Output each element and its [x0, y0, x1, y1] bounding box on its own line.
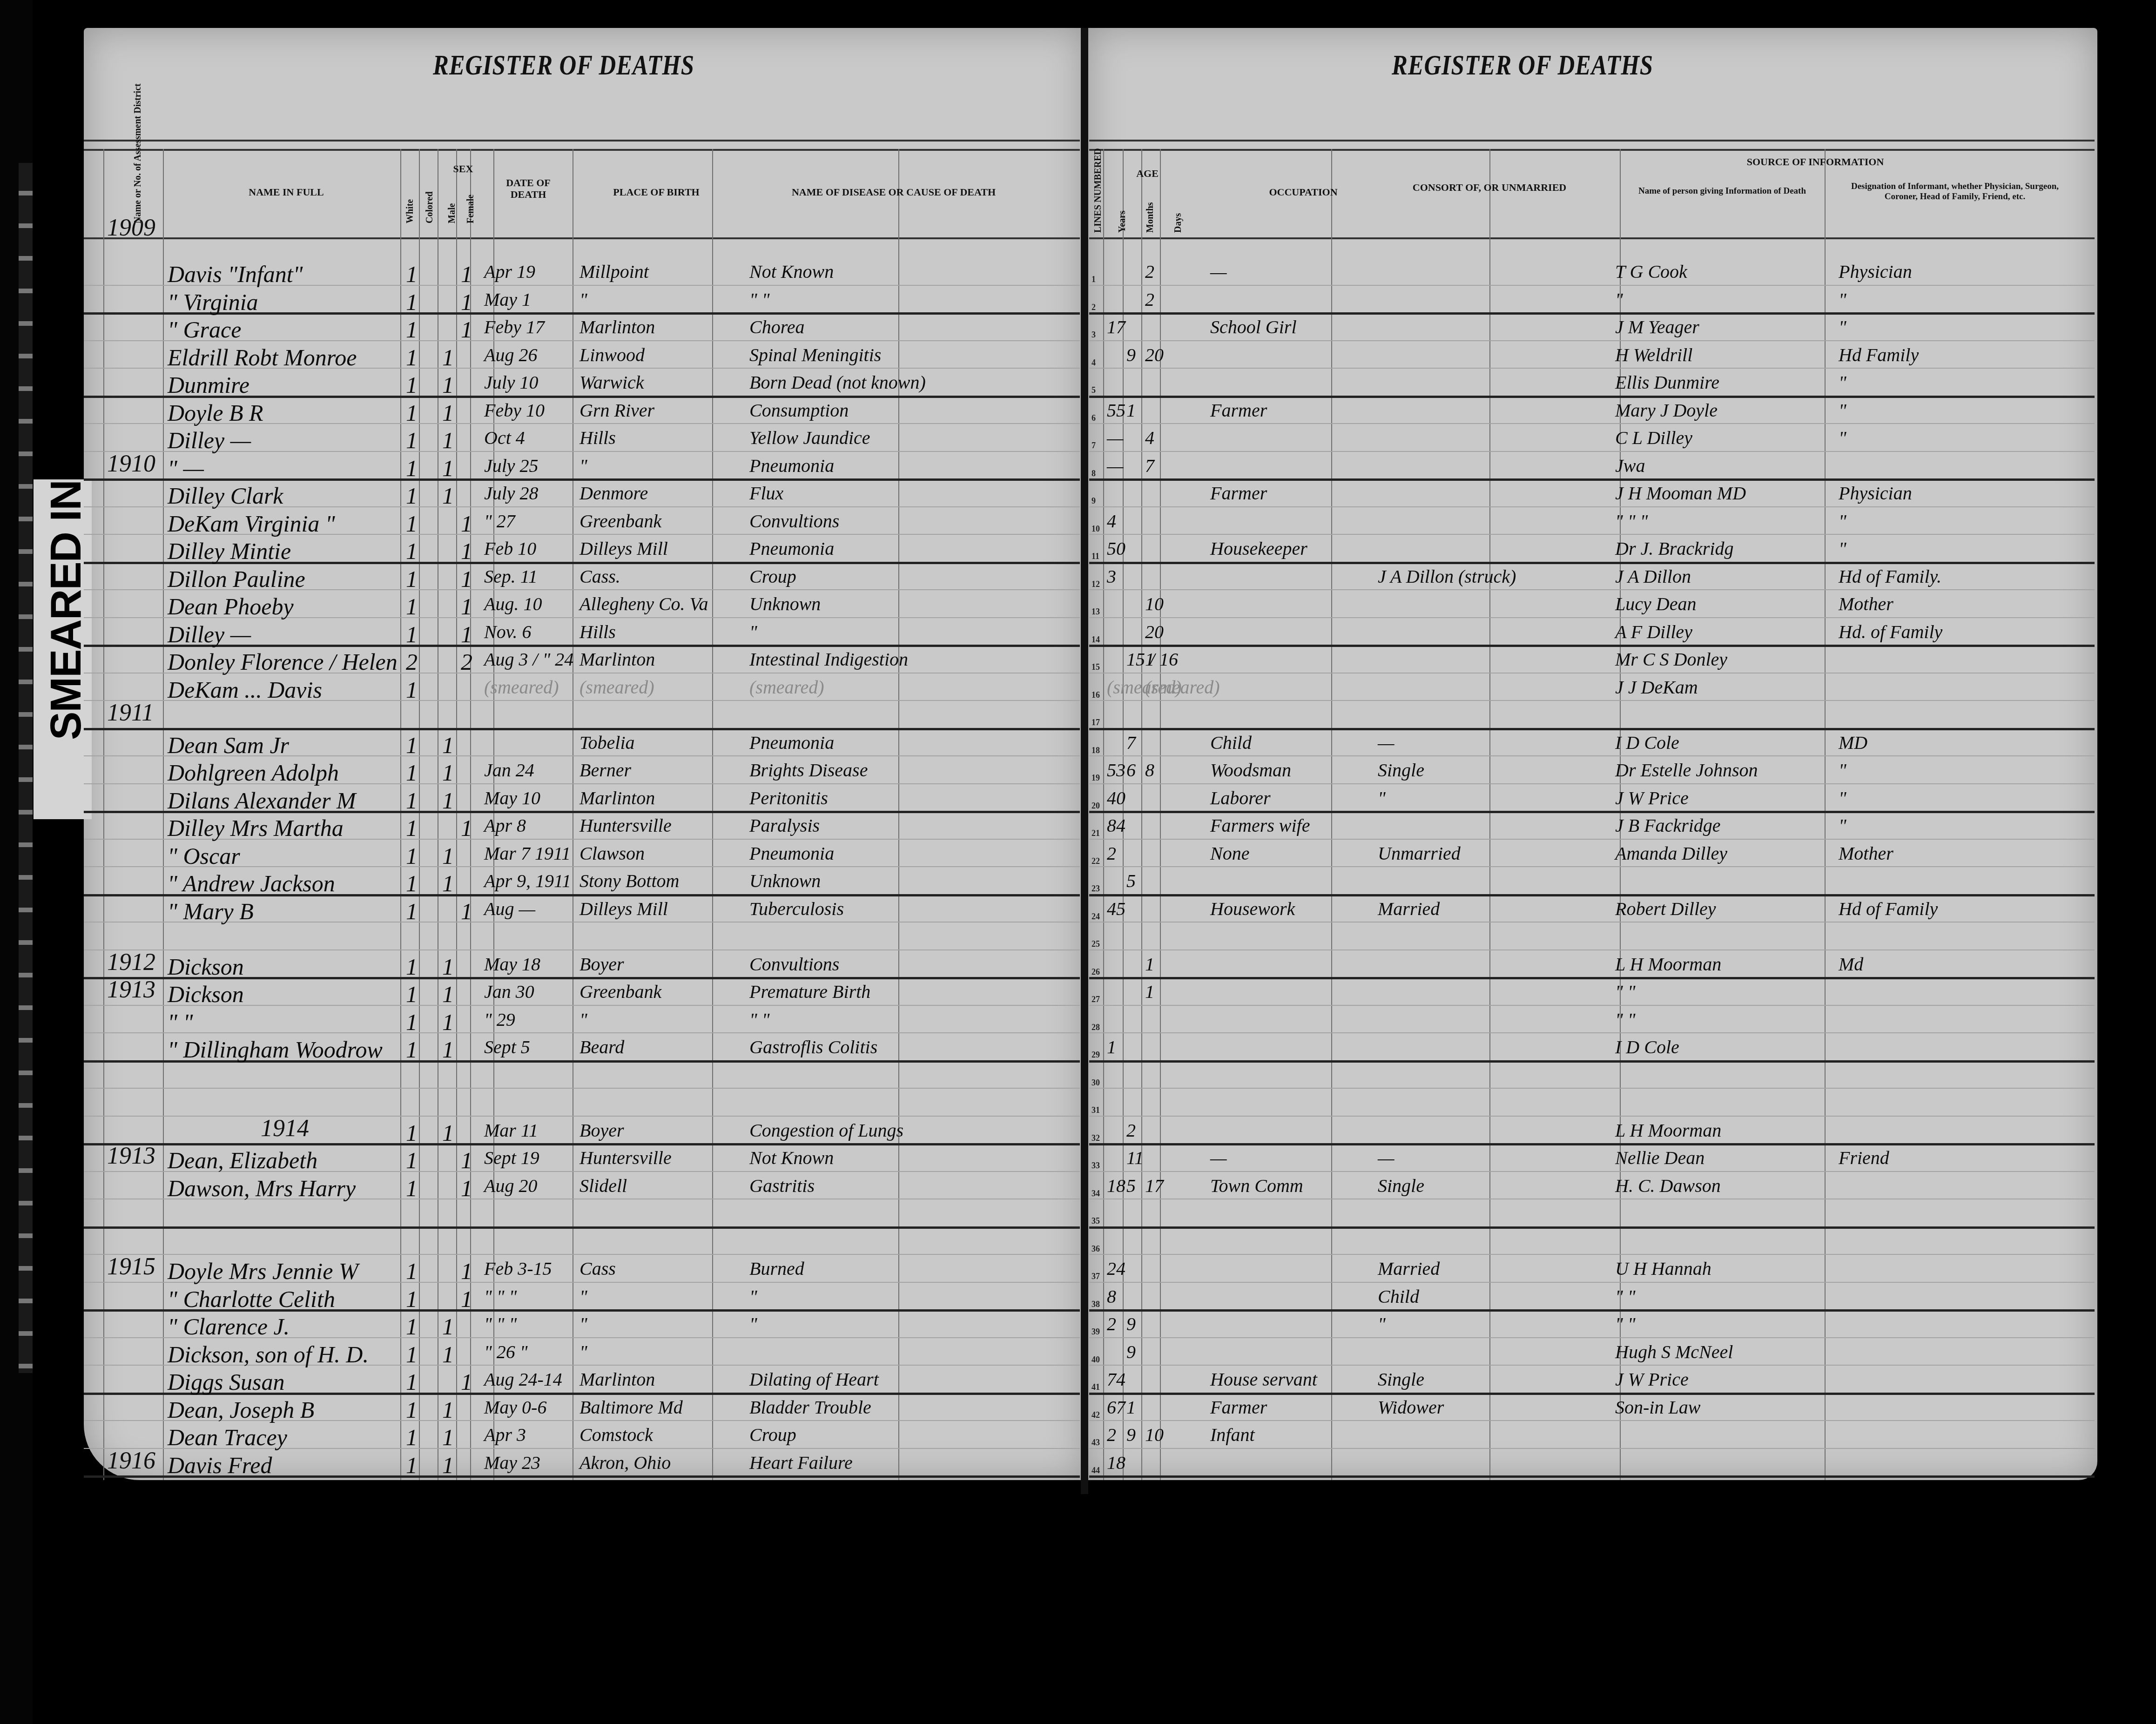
entry-name: " Andrew Jackson [168, 872, 335, 895]
ruled-line [84, 1088, 1080, 1089]
line-number: 18 [1091, 746, 1100, 755]
entry-cause: Convultions [749, 955, 839, 974]
entry-informant: I D Cole [1615, 734, 1679, 752]
header-consort: CONSORT OF, OR UNMARRIED [1410, 182, 1569, 193]
ruled-line [1089, 285, 2095, 286]
entry-male: 1 [442, 373, 454, 397]
entry-occupation: Farmer [1210, 1398, 1267, 1417]
line-number: 20 [1091, 801, 1100, 811]
entry-white: 1 [406, 734, 418, 757]
header-source: SOURCE OF INFORMATION [1699, 156, 1932, 168]
entry-cause: Pneumonia [749, 844, 834, 863]
entry-date: Mar 11 [484, 1121, 538, 1140]
line-number: 23 [1091, 884, 1100, 894]
entry-date: Jan 24 [484, 761, 534, 780]
entry-age-days: 1 [1145, 983, 1154, 1001]
book-gutter [1081, 28, 1088, 1494]
entry-birthplace: Marlinton [579, 1370, 655, 1389]
entry-date: " " " [484, 1287, 517, 1306]
entry-cause: (smeared) [749, 678, 824, 697]
entry-white: 1 [406, 567, 418, 591]
entry-female: 1 [461, 595, 472, 618]
ruled-line [1089, 1365, 2095, 1366]
entry-white: 1 [406, 1287, 418, 1311]
entry-age-years: 84 [1107, 816, 1125, 835]
entry-birthplace: Huntersville [579, 816, 672, 835]
column-divider [1489, 149, 1490, 1480]
entry-occupation: Farmer [1210, 484, 1267, 503]
entry-consort: Widower [1378, 1398, 1444, 1417]
header-rule-top-2 [84, 149, 1080, 151]
header-female: Female [465, 195, 476, 223]
entry-cause: Convultions [749, 512, 839, 531]
ruled-line [1089, 368, 2095, 369]
entry-cause: Pneumonia [749, 539, 834, 558]
entry-informant: Hugh S McNeel [1615, 1343, 1733, 1361]
entry-cause: Consumption [749, 401, 849, 420]
line-number: 30 [1091, 1078, 1100, 1088]
entry-birthplace: Comstock [579, 1426, 653, 1444]
ruled-line [84, 1254, 1080, 1255]
column-divider [456, 149, 457, 1480]
entry-date: July 28 [484, 484, 539, 503]
entry-name: Dilley Mrs Martha [168, 816, 344, 840]
entry-designation: " [1839, 816, 1846, 835]
entry-female: 1 [461, 1149, 472, 1172]
header-rule-top-2 [1089, 149, 2095, 151]
ruled-line [1089, 894, 2095, 896]
entry-age-years: 8 [1107, 1287, 1116, 1306]
entry-male: 1 [442, 761, 454, 784]
line-number: 19 [1091, 773, 1100, 783]
ruled-line [1089, 312, 2095, 315]
entry-date: May 1 [484, 290, 531, 309]
entry-cause: Gastritis [749, 1177, 815, 1195]
entry-age-days: 1 [1145, 955, 1154, 974]
ruled-line [1089, 1005, 2095, 1006]
ruled-line [1089, 1309, 2095, 1312]
entry-occupation: Infant [1210, 1426, 1255, 1444]
entry-cause: Chorea [749, 318, 805, 337]
entry-birthplace: Millpoint [579, 263, 649, 281]
entry-white: 1 [406, 1149, 418, 1172]
entry-date: May 10 [484, 789, 540, 808]
entry-female: 1 [461, 318, 472, 341]
line-number: 17 [1091, 718, 1100, 727]
entry-age-years: — [1107, 429, 1124, 447]
entry-age-days: (smeared) [1145, 678, 1220, 697]
line-number: 14 [1091, 635, 1100, 645]
entry-consort: Single [1378, 1370, 1424, 1389]
entry-informant: Son-in Law [1615, 1398, 1700, 1417]
entry-name: Dohlgreen Adolph [168, 761, 339, 784]
entry-age-years: 18 [1107, 1177, 1125, 1195]
right-page [1087, 28, 2097, 1480]
entry-informant: Jwa [1615, 457, 1645, 475]
entry-name: " " [168, 1010, 193, 1034]
entry-occupation: Farmers wife [1210, 816, 1310, 835]
entry-name: Doyle B R [168, 401, 263, 424]
entry-occupation: School Girl [1210, 318, 1297, 337]
entry-consort: Single [1378, 1177, 1424, 1195]
line-number: 9 [1091, 496, 1096, 506]
entry-name: Dean, Elizabeth [168, 1149, 317, 1172]
year-marker: 1910 [107, 450, 155, 478]
column-divider [1103, 149, 1104, 1480]
entry-female: 1 [461, 1370, 472, 1394]
entry-cause: " [749, 623, 757, 641]
entry-name: Dean Phoeby [168, 595, 294, 618]
entry-designation: " [1839, 512, 1846, 531]
entry-female: 1 [461, 623, 472, 646]
entry-white: 1 [406, 623, 418, 646]
entry-designation: Physician [1839, 484, 1912, 503]
entry-informant: U H Hannah [1615, 1259, 1711, 1278]
entry-cause: Paralysis [749, 816, 820, 835]
entry-age-years: 2 [1107, 1315, 1116, 1333]
entry-birthplace: " [579, 1287, 587, 1306]
header-cause: NAME OF DISEASE OR CAUSE OF DEATH [754, 186, 1033, 198]
entry-male: 1 [442, 1038, 454, 1061]
entry-age-months: 11 [1126, 1149, 1144, 1167]
entry-date: May 23 [484, 1454, 540, 1472]
entry-cause: Tuberculosis [749, 900, 844, 918]
left-page-title: REGISTER OF DEATHS [433, 49, 694, 82]
entry-name: Doyle Mrs Jennie W [168, 1259, 358, 1283]
entry-occupation: Housework [1210, 900, 1295, 918]
entry-occupation: Child [1210, 734, 1252, 752]
entry-consort: — [1378, 734, 1395, 752]
entry-birthplace: Marlinton [579, 650, 655, 669]
entry-designation: Mother [1839, 595, 1893, 613]
entry-name: DeKam Virginia " [168, 512, 335, 535]
entry-age-months: 9 [1126, 1315, 1136, 1333]
ruled-line [84, 1032, 1080, 1033]
entry-name: DeKam ... Davis [168, 678, 322, 701]
entry-birthplace: Tobelia [579, 734, 635, 752]
line-number: 27 [1091, 995, 1100, 1004]
line-number: 41 [1091, 1382, 1100, 1392]
entry-name: Dunmire [168, 373, 249, 397]
line-number: 21 [1091, 828, 1100, 838]
entry-name: Dean, Joseph B [168, 1398, 314, 1421]
entry-age-years: 45 [1107, 900, 1125, 918]
line-number: 42 [1091, 1410, 1100, 1420]
year-marker: 1912 [107, 949, 155, 976]
entry-age-years: 17 [1107, 318, 1125, 337]
entry-white: 1 [406, 1343, 418, 1366]
header-rule-top [1089, 140, 2095, 141]
entry-female: 1 [461, 512, 472, 535]
entry-informant: " " " [1615, 512, 1648, 531]
year-marker: 1913 [107, 976, 155, 1003]
entry-age-months: 1 [1126, 1398, 1136, 1417]
entry-cause: Brights Disease [749, 761, 868, 780]
header-months: Months [1145, 202, 1156, 233]
ruled-line [1089, 1337, 2095, 1338]
entry-white: 1 [406, 816, 418, 840]
entry-name: Davis "Infant" [168, 263, 303, 286]
entry-informant: " " [1615, 983, 1636, 1001]
header-rule-top [84, 140, 1080, 141]
entry-cause: " [749, 1315, 757, 1333]
ruled-line [84, 1226, 1080, 1229]
entry-birthplace: Clawson [579, 844, 645, 863]
line-number: 28 [1091, 1023, 1100, 1032]
entry-age-years: 74 [1107, 1370, 1125, 1389]
entry-birthplace: Berner [579, 761, 631, 780]
entry-informant: " " [1615, 1287, 1636, 1306]
entry-age-years: 24 [1107, 1259, 1125, 1278]
entry-consort: Married [1378, 900, 1440, 918]
entry-male: 1 [442, 401, 454, 424]
entry-date: Oct 4 [484, 429, 525, 447]
entry-informant: " " [1615, 1315, 1636, 1333]
smeared-ink-label: SMEARED INK [42, 451, 91, 740]
entry-age-days: 20 [1145, 623, 1164, 641]
entry-age-years: 4 [1107, 512, 1116, 531]
entry-birthplace: Greenbank [579, 512, 661, 531]
entry-birthplace: (smeared) [579, 678, 654, 697]
entry-age-days: 10 [1145, 1426, 1164, 1444]
entry-date: " 29 [484, 1010, 515, 1029]
ruled-line [1089, 1475, 2095, 1478]
ruled-line [1089, 451, 2095, 452]
entry-cause: Not Known [749, 1149, 834, 1167]
entry-date: Sept 19 [484, 1149, 539, 1167]
column-divider [573, 149, 573, 1480]
ruled-line [1089, 617, 2095, 618]
entry-birthplace: Beard [579, 1038, 624, 1057]
entry-cause: Gastroflis Colitis [749, 1038, 877, 1057]
entry-name: Dickson [168, 955, 244, 978]
entry-date: July 25 [484, 457, 539, 475]
entry-date: Apr 9, 1911 [484, 872, 571, 890]
entry-white: 1 [406, 1426, 418, 1449]
ruled-line [1089, 396, 2095, 398]
entry-informant: Lucy Dean [1615, 595, 1696, 613]
entry-male: 1 [442, 955, 454, 978]
line-number: 12 [1091, 579, 1100, 589]
entry-white: 1 [406, 457, 418, 480]
entry-male: 1 [442, 1343, 454, 1366]
entry-age-months: 9 [1126, 1343, 1136, 1361]
entry-informant: A F Dilley [1615, 623, 1692, 641]
ruled-line [1089, 866, 2095, 867]
header-informant: Name of person giving Information of Dea… [1620, 186, 1825, 196]
entry-date: (smeared) [484, 678, 559, 697]
ruled-line [1089, 1282, 2095, 1283]
ruled-line [1089, 1060, 2095, 1063]
entry-name: Davis Fred [168, 1454, 272, 1477]
entry-white: 1 [406, 539, 418, 563]
entry-white: 1 [406, 318, 418, 341]
entry-designation: Mother [1839, 844, 1893, 863]
line-number: 16 [1091, 690, 1100, 700]
entry-cause: Yellow Jaundice [749, 429, 870, 447]
entry-age-months: 6 [1126, 761, 1136, 780]
ruled-line [1089, 755, 2095, 756]
entry-age-years: 40 [1107, 789, 1125, 808]
entry-birthplace: Baltimore Md [579, 1398, 683, 1417]
entry-white: 1 [406, 678, 418, 701]
entry-occupation: Laborer [1210, 789, 1271, 808]
ruled-line [84, 950, 1080, 950]
entry-age-months: 5 [1126, 872, 1136, 890]
ruled-line [84, 1143, 1080, 1145]
entry-cause: Croup [749, 567, 796, 586]
entry-name: " Charlotte Celith [168, 1287, 335, 1311]
entry-white: 1 [406, 844, 418, 868]
entry-male: 1 [442, 983, 454, 1006]
header-rule-bottom [1089, 237, 2095, 239]
entry-age-years: 55 [1107, 401, 1125, 420]
entry-birthplace: Dilleys Mill [579, 539, 668, 558]
ruled-line [84, 478, 1080, 481]
ruled-line [1089, 340, 2095, 341]
year-marker: 1914 [261, 1115, 309, 1142]
entry-white: 1 [406, 1177, 418, 1200]
ruled-line [84, 728, 1080, 730]
entry-designation: Hd of Family. [1839, 567, 1941, 586]
line-number: 15 [1091, 662, 1100, 672]
entry-designation: Md [1839, 955, 1863, 974]
line-number: 4 [1091, 358, 1096, 368]
entry-date: Aug 26 [484, 346, 537, 364]
entry-age-years: 67 [1107, 1398, 1125, 1417]
entry-white: 1 [406, 1370, 418, 1394]
entry-date: Feby 10 [484, 401, 545, 420]
entry-date: Jan 30 [484, 983, 534, 1001]
entry-female: 1 [461, 567, 472, 591]
entry-informant: J J DeKam [1615, 678, 1698, 697]
header-days: Days [1173, 213, 1184, 233]
entry-age-years: 50 [1107, 539, 1125, 558]
ruled-line [1089, 1171, 2095, 1172]
entry-cause: Pneumonia [749, 457, 834, 475]
entry-date: Sept 5 [484, 1038, 530, 1057]
entry-informant: J M Yeager [1615, 318, 1699, 337]
line-number: 32 [1091, 1133, 1100, 1143]
entry-white: 1 [406, 429, 418, 452]
header-occupation: OCCUPATION [1247, 186, 1359, 198]
entry-cause: Premature Birth [749, 983, 870, 1001]
entry-name: Dean Sam Jr [168, 734, 289, 757]
header-years: Years [1117, 210, 1128, 233]
ruled-line [1089, 478, 2095, 481]
line-number: 11 [1091, 552, 1099, 561]
ruled-line [1089, 1199, 2095, 1199]
entry-designation: " [1839, 789, 1846, 808]
entry-birthplace: Denmore [579, 484, 648, 503]
entry-occupation: Woodsman [1210, 761, 1291, 780]
entry-age-years: 18 [1107, 1454, 1125, 1472]
entry-date: Aug. 10 [484, 595, 542, 613]
entry-birthplace: Boyer [579, 955, 624, 974]
entry-designation: MD [1839, 734, 1867, 752]
entry-occupation: None [1210, 844, 1249, 863]
entry-birthplace: " [579, 1010, 587, 1029]
entry-date: " " " [484, 1315, 517, 1333]
entry-birthplace: Linwood [579, 346, 645, 364]
entry-white: 1 [406, 512, 418, 535]
header-age: AGE [1112, 168, 1182, 179]
entry-informant: L H Moorman [1615, 1121, 1721, 1140]
entry-informant: C L Dilley [1615, 429, 1692, 447]
entry-cause: Unknown [749, 595, 821, 613]
entry-name: Dilley — [168, 429, 251, 452]
column-divider [712, 149, 713, 1480]
entry-date: Apr 19 [484, 263, 535, 281]
entry-cause: Dilating of Heart [749, 1370, 879, 1389]
year-marker: 1915 [107, 1253, 155, 1280]
entry-birthplace: " [579, 1343, 587, 1361]
entry-female: 1 [461, 1287, 472, 1311]
entry-age-years: 1 [1107, 1038, 1116, 1057]
entry-female: 1 [461, 900, 472, 923]
entry-male: 1 [442, 1454, 454, 1477]
entry-date: May 18 [484, 955, 540, 974]
entry-consort: J A Dillon (struck) [1378, 567, 1516, 586]
entry-informant: Dr Estelle Johnson [1615, 761, 1758, 780]
year-marker: 1913 [107, 1142, 155, 1170]
entry-male: 1 [442, 457, 454, 480]
entry-name: Dilley — [168, 623, 251, 646]
entry-name: " Mary B [168, 900, 254, 923]
entry-name: Dilans Alexander M [168, 789, 356, 812]
entry-date: Feb 10 [484, 539, 536, 558]
entry-age-days: 10 [1145, 595, 1164, 613]
entry-date: Aug — [484, 900, 535, 918]
entry-cause: Bladder Trouble [749, 1398, 871, 1417]
entry-white: 1 [406, 484, 418, 507]
entry-age-months: 9 [1126, 1426, 1136, 1444]
ruled-line [1089, 1088, 2095, 1089]
ruled-line [1089, 506, 2095, 507]
entry-date: Apr 3 [484, 1426, 526, 1444]
entry-female: 1 [461, 539, 472, 563]
entry-white: 1 [406, 290, 418, 314]
entry-designation: Friend [1839, 1149, 1889, 1167]
entry-white: 2 [406, 650, 418, 673]
header-colored: Colored [424, 191, 435, 223]
ruled-line [1089, 562, 2095, 564]
column-divider [400, 149, 401, 1480]
entry-female: 1 [461, 816, 472, 840]
entry-informant: Robert Dilley [1615, 900, 1716, 918]
entry-consort: Married [1378, 1259, 1440, 1278]
entry-white: 1 [406, 761, 418, 784]
line-number: 8 [1091, 469, 1096, 478]
ruled-line [1089, 534, 2095, 535]
ruled-line [1089, 1420, 2095, 1421]
line-number: 5 [1091, 385, 1096, 395]
entry-birthplace: Akron, Ohio [579, 1454, 671, 1472]
line-number: 2 [1091, 303, 1096, 312]
entry-cause: Spinal Meningitis [749, 346, 881, 364]
ruled-line [1089, 645, 2095, 647]
line-number: 26 [1091, 967, 1100, 977]
ruled-line [1089, 1226, 2095, 1229]
entry-age-months: 1 [1126, 401, 1136, 420]
entry-age-months: 2 [1126, 1121, 1136, 1140]
entry-date: " 27 [484, 512, 515, 531]
entry-birthplace: Marlinton [579, 789, 655, 808]
header-designation: Designation of Informant, whether Physic… [1839, 182, 2071, 202]
ruled-line [1089, 950, 2095, 950]
entry-cause: Unknown [749, 872, 821, 890]
entry-white: 1 [406, 263, 418, 286]
